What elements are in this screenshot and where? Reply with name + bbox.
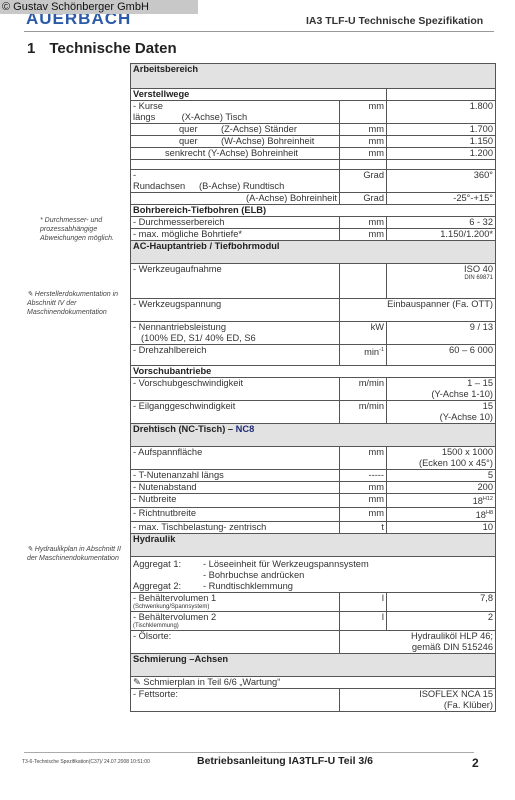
table-row: - Behältervolumen 1 (Schwenkung/Spannsys… [131, 593, 496, 612]
table-row: - max. Tischbelastung- zentrisch t 10 [131, 522, 496, 534]
footer-title: Betriebsanleitung IA3TLF-U Teil 3/6 [197, 755, 373, 767]
table-row: - Werkzeugaufnahme ISO 40 DIN 69871 [131, 264, 496, 299]
table-row: quer(W-Achse) Bohreinheit mm 1.150 [131, 136, 496, 148]
copyright-watermark: © Gustav Schönberger GmbH [0, 0, 198, 14]
table-subheader: Vorschubantriebe [131, 366, 496, 378]
table-section-header: Schmierung –Achsen [131, 654, 496, 677]
table-row: ✎ Schmierplan in Teil 6/6 „Wartung“ [131, 677, 496, 689]
table-row: quer(Z-Achse) Ständer mm 1.700 [131, 124, 496, 136]
table-row: - Werkzeugspannung Einbauspanner (Fa. OT… [131, 299, 496, 322]
table-row: - T-Nutenanzahl längs ----- 5 [131, 470, 496, 482]
table-row: - Nennantriebsleistung (100% ED, S1/ 40%… [131, 322, 496, 345]
subheader-bohrbereich: Bohrbereich-Tiefbohren (ELB) [131, 205, 496, 217]
table-row: - Kurse längs (X-Achse) Tisch mm 1.800 [131, 101, 496, 124]
footer-divider [24, 752, 474, 753]
table-row: - Ölsorte: Hydrauliköl HLP 46; gemäß DIN… [131, 631, 496, 654]
document-header-title: IA3 TLF-U Technische Spezifikation [306, 15, 483, 27]
table-section-header: AC-Hauptantrieb / Tiefbohrmodul [131, 241, 496, 264]
section-hydraulik: Hydraulik [131, 534, 496, 557]
subheader-verstellwege: Verstellwege [131, 89, 387, 101]
section-schmierung: Schmierung –Achsen [131, 654, 496, 677]
table-row: (A-Achse) Bohreinheit Grad -25°-+15° [131, 193, 496, 205]
table-row: - Eilganggeschwindigkeit m/min 15 (Y-Ach… [131, 401, 496, 424]
header-divider [24, 31, 494, 32]
section-drehtisch: Drehtisch (NC-Tisch) – NC8 [131, 424, 496, 447]
hydraulic-aggregates: Aggregat 1:- Löseeinheit für Werkzeugspa… [131, 557, 496, 593]
table-row: - Drehzahlbereich min-1 60 – 6 000 [131, 345, 496, 366]
table-row: senkrecht (Y-Achse) Bohreinheit mm 1.200 [131, 148, 496, 160]
page-number: 2 [472, 756, 479, 770]
table-subheader: Verstellwege [131, 89, 496, 101]
table-row: - Rundachsen(B-Achse) Rundtisch Grad 360… [131, 170, 496, 193]
side-note-hydraulic-plan: ✎ Hydraulikplan in Abschnitt II der Masc… [27, 545, 123, 563]
table-section-header: Drehtisch (NC-Tisch) – NC8 [131, 424, 496, 447]
side-note-diameter: * Durchmesser- und prozessabhängige Abwe… [40, 216, 122, 243]
table-row: - Durchmesserbereich mm 6 - 32 [131, 217, 496, 229]
section-arbeitsbereich: Arbeitsbereich [131, 64, 496, 89]
spec-table: Arbeitsbereich Verstellwege - Kurse läng… [130, 63, 496, 712]
table-row: - Nutbreite mm 18H12 [131, 494, 496, 508]
table-section-header: Arbeitsbereich [131, 64, 496, 89]
subheader-vorschub: Vorschubantriebe [131, 366, 496, 378]
table-row: - Richtnutbreite mm 18H8 [131, 508, 496, 522]
table-row: - Aufspannfläche mm 1500 x 1000 (Ecken 1… [131, 447, 496, 470]
table-section-header: Hydraulik [131, 534, 496, 557]
table-row: - max. mögliche Bohrtiefe* mm 1.150/1.20… [131, 229, 496, 241]
side-note-manufacturer-docs: ✎ Herstellerdokumentation in Abschnitt I… [27, 290, 123, 317]
table-subheader: Bohrbereich-Tiefbohren (ELB) [131, 205, 496, 217]
table-row: - Vorschubgeschwindigkeit m/min 1 – 15 (… [131, 378, 496, 401]
table-row: - Behältervolumen 2 (Tischklemmung) l 2 [131, 612, 496, 631]
lubrication-plan-reference: ✎ Schmierplan in Teil 6/6 „Wartung“ [131, 677, 496, 689]
footer-file-info: T3-6-Technische Spezifikation(C37)/ 24.0… [22, 759, 150, 765]
section-number: 1 [27, 40, 35, 57]
table-row: - Nutenabstand mm 200 [131, 482, 496, 494]
section-heading: 1Technische Daten [27, 40, 177, 57]
table-row: - Fettsorte: ISOFLEX NCA 15 (Fa. Klüber) [131, 689, 496, 712]
table-spacer-row [131, 160, 496, 170]
section-hauptantrieb: AC-Hauptantrieb / Tiefbohrmodul [131, 241, 496, 264]
section-title: Technische Daten [49, 40, 176, 57]
